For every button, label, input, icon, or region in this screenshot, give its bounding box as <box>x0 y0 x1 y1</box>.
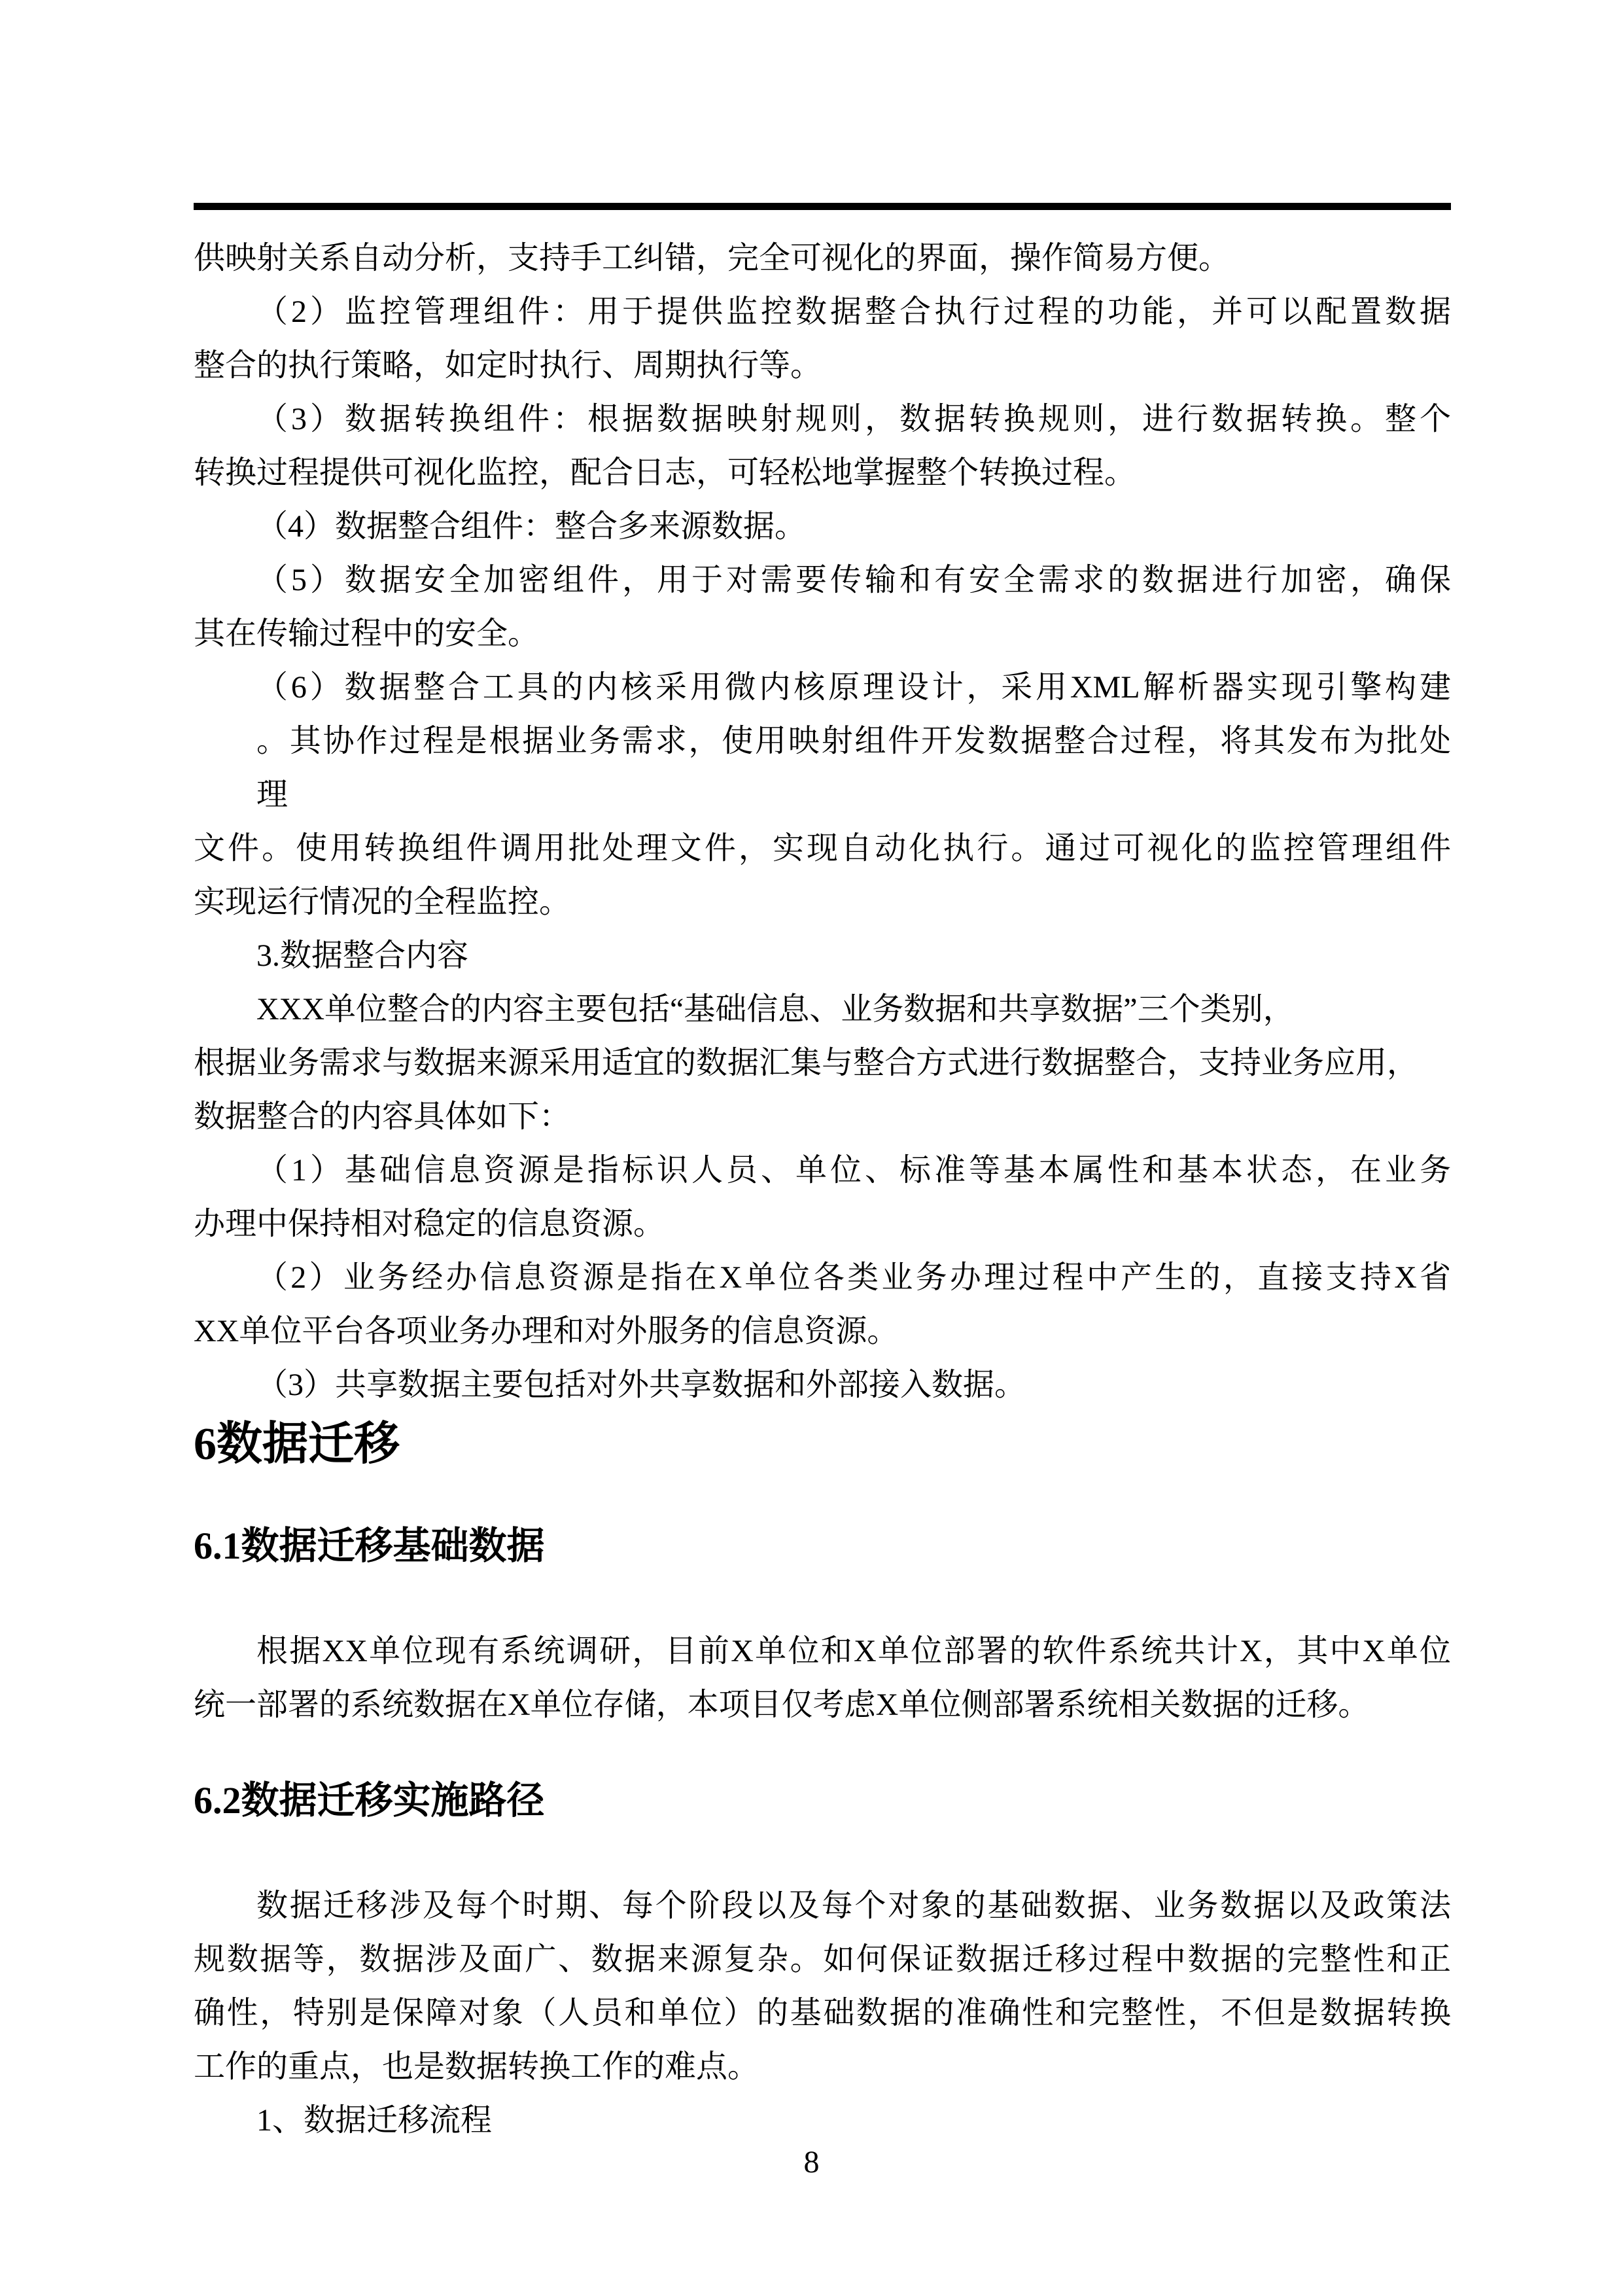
page-number: 8 <box>0 2141 1623 2184</box>
subsection-heading-6-1: 6.1数据迁移基础数据 <box>194 1517 1451 1576</box>
doc-line: 统一部署的系统数据在X单位存储，本项目仅考虑X单位侧部署系统相关数据的迁移。 <box>194 1678 1451 1732</box>
doc-line: 数据整合的内容具体如下： <box>194 1090 1451 1144</box>
doc-line: 实现运行情况的全程监控。 <box>194 875 1451 929</box>
doc-line: 根据XX单位现有系统调研，目前X单位和X单位部署的软件系统共计X，其中X单位 <box>194 1625 1451 1678</box>
header-rule <box>194 203 1451 210</box>
doc-line: 文件。使用转换组件调用批处理文件，实现自动化执行。通过可视化的监控管理组件 <box>194 822 1451 875</box>
doc-line: XXX单位整合的内容主要包括“基础信息、业务数据和共享数据”三个类别， <box>194 983 1451 1036</box>
document-page: 供映射关系自动分析，支持手工纠错，完全可视化的界面，操作简易方便。 （2）监控管… <box>0 0 1623 2296</box>
doc-line: 其在传输过程中的安全。 <box>194 607 1451 661</box>
document-content: 供映射关系自动分析，支持手工纠错，完全可视化的界面，操作简易方便。 （2）监控管… <box>194 232 1451 2147</box>
doc-line: 规数据等，数据涉及面广、数据来源复杂。如何保证数据迁移过程中数据的完整性和正 <box>194 1933 1451 1987</box>
doc-line: （6）数据整合工具的内核采用微内核原理设计，采用XML解析器实现引擎构建 <box>194 661 1451 715</box>
doc-line: （3）数据转换组件：根据数据映射规则，数据转换规则，进行数据转换。整个 <box>194 393 1451 446</box>
section-heading-data-migration: 6数据迁移 <box>194 1412 1451 1477</box>
list-heading-data-integration-content: 3.数据整合内容 <box>194 929 1451 983</box>
doc-line: 数据迁移涉及每个时期、每个阶段以及每个对象的基础数据、业务数据以及政策法 <box>194 1879 1451 1933</box>
doc-line: XX单位平台各项业务办理和对外服务的信息资源。 <box>194 1305 1451 1358</box>
doc-line: （3）共享数据主要包括对外共享数据和外部接入数据。 <box>194 1358 1451 1412</box>
doc-line: 转换过程提供可视化监控，配合日志，可轻松地掌握整个转换过程。 <box>194 446 1451 500</box>
doc-line: 。其协作过程是根据业务需求，使用映射组件开发数据整合过程，将其发布为批处 <box>194 715 1451 768</box>
doc-line: （2）监控管理组件：用于提供监控数据整合执行过程的功能，并可以配置数据 <box>194 285 1451 339</box>
doc-line: （1）基础信息资源是指标识人员、单位、标准等基本属性和基本状态，在业务 <box>194 1144 1451 1197</box>
list-heading-migration-process: 1、数据迁移流程 <box>194 2094 1451 2147</box>
doc-line: 根据业务需求与数据来源采用适宜的数据汇集与整合方式进行数据整合，支持业务应用， <box>194 1036 1451 1090</box>
doc-line: （4）数据整合组件：整合多来源数据。 <box>194 500 1451 554</box>
doc-line: 整合的执行策略，如定时执行、周期执行等。 <box>194 339 1451 393</box>
doc-line: （2）业务经办信息资源是指在X单位各类业务办理过程中产生的，直接支持X省 <box>194 1251 1451 1305</box>
doc-line: （5）数据安全加密组件，用于对需要传输和有安全需求的数据进行加密，确保 <box>194 554 1451 607</box>
doc-line: 办理中保持相对稳定的信息资源。 <box>194 1197 1451 1251</box>
doc-line: 确性，特别是保障对象（人员和单位）的基础数据的准确性和完整性，不但是数据转换 <box>194 1987 1451 2040</box>
doc-line: 供映射关系自动分析，支持手工纠错，完全可视化的界面，操作简易方便。 <box>194 232 1451 285</box>
subsection-heading-6-2: 6.2数据迁移实施路径 <box>194 1771 1451 1830</box>
doc-line: 理 <box>194 768 1451 822</box>
doc-line: 工作的重点，也是数据转换工作的难点。 <box>194 2040 1451 2094</box>
